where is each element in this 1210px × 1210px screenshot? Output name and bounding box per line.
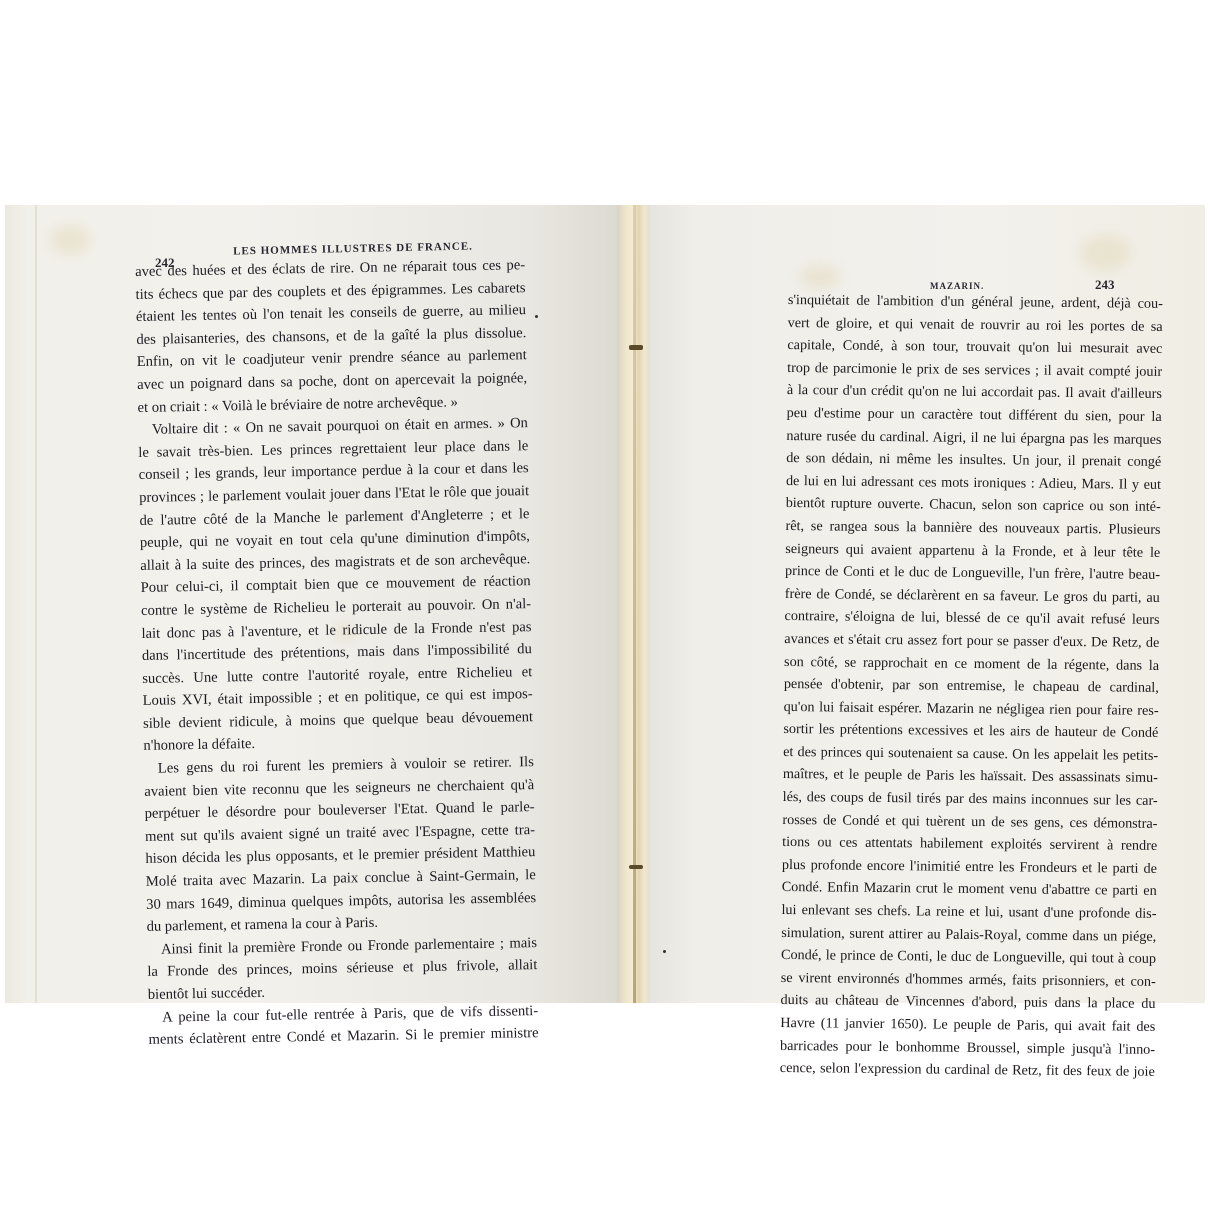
binding-knot: [629, 345, 643, 350]
text-line: lui enlevant ses chefs. La reine et lui,…: [781, 899, 1156, 926]
left-page-body: avec des huées et des éclats de rire. On…: [135, 254, 539, 1051]
text-line: s'inquiétait de l'ambition d'un général …: [788, 289, 1163, 316]
ink-speck: [663, 950, 666, 953]
text-line: cence, selon l'expression du cardinal de…: [780, 1057, 1155, 1084]
binding-thread: [633, 205, 636, 1003]
text-line: peu d'estime pour un caractère tout diff…: [787, 402, 1162, 429]
ink-speck: [535, 315, 538, 318]
left-page: 242 LES HOMMES ILLUSTRES DE FRANCE. avec…: [5, 205, 622, 1003]
open-book: 242 LES HOMMES ILLUSTRES DE FRANCE. avec…: [5, 205, 1205, 1003]
right-page-body: s'inquiétait de l'ambition d'un général …: [780, 289, 1163, 1084]
running-header-right: MAZARIN.: [930, 281, 984, 291]
text-line: Havre (11 janvier 1650). Le peuple de Pa…: [780, 1012, 1155, 1039]
right-page: MAZARIN. 243 s'inquiétait de l'ambition …: [650, 205, 1205, 1003]
book-spine: [617, 205, 653, 1003]
binding-knot: [629, 865, 643, 869]
text-line: rêt, se rangea sous la bannière des nouv…: [785, 515, 1160, 542]
text-line: avances et s'était cru assez fort pour s…: [784, 628, 1159, 655]
page-number-right: 243: [1095, 277, 1115, 293]
